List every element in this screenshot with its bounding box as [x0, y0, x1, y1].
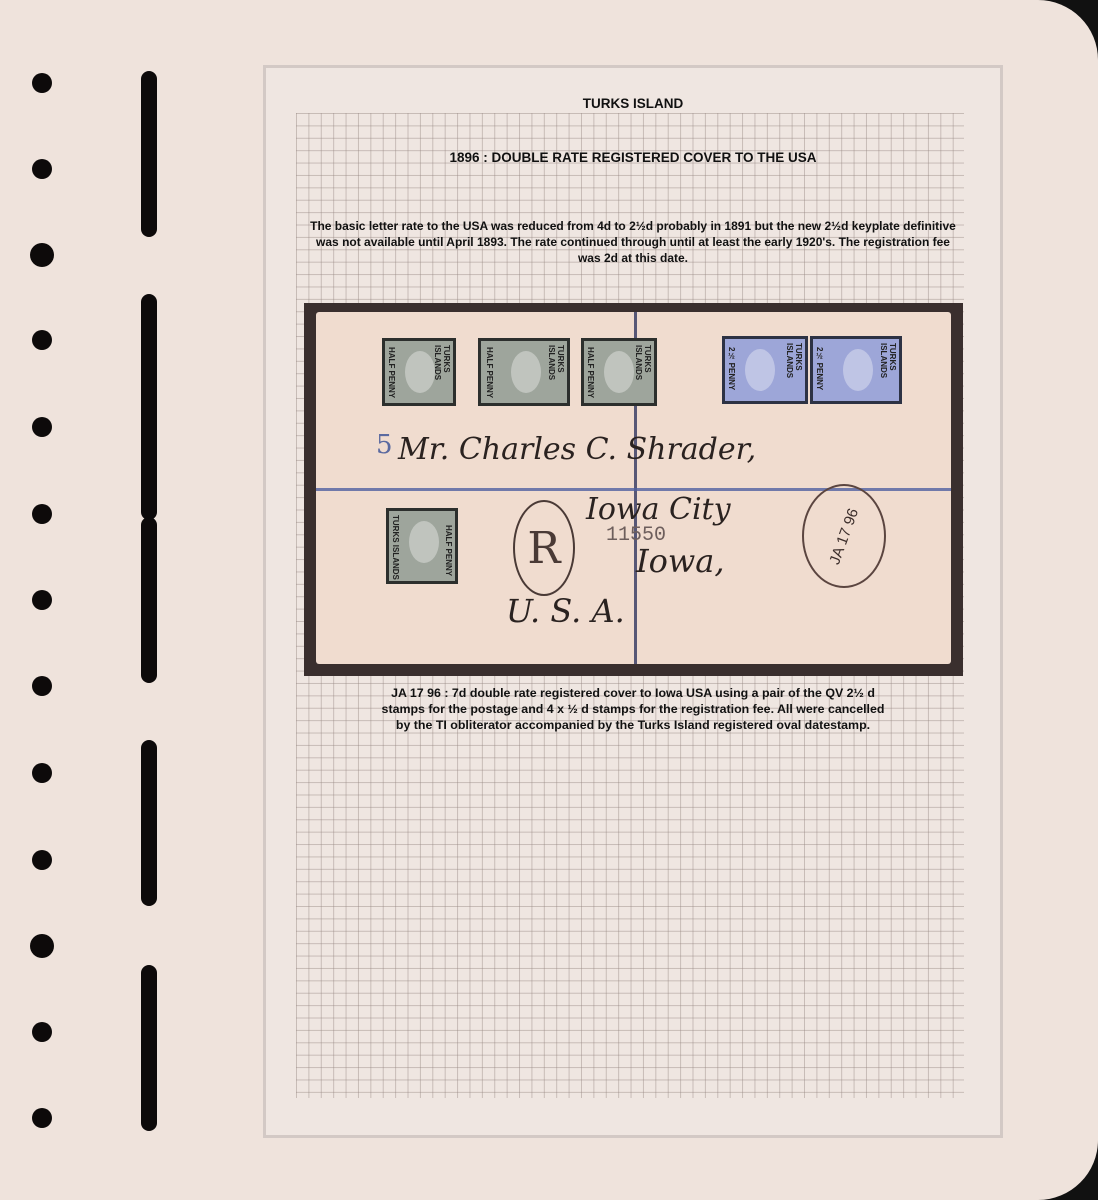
- binder-slot: [141, 71, 157, 237]
- binder-slot: [141, 740, 157, 906]
- punch-hole: [32, 1108, 52, 1128]
- address-line-3: Iowa,: [636, 542, 725, 580]
- punch-hole: [32, 763, 52, 783]
- page-title: TURKS ISLAND: [266, 96, 1000, 111]
- address-line-4: U. S. A.: [506, 592, 625, 630]
- album-page: TURKS ISLAND 1896 : DOUBLE RATE REGISTER…: [0, 0, 1098, 1200]
- punch-hole: [32, 417, 52, 437]
- intro-text: The basic letter rate to the USA was red…: [266, 218, 1000, 266]
- punch-hole: [32, 504, 52, 524]
- registration-number: 11550: [606, 524, 666, 547]
- punch-hole: [32, 330, 52, 350]
- datestamp-date: JA 17 96: [826, 506, 862, 567]
- binder-slot: [141, 965, 157, 1131]
- punch-hole: [30, 934, 54, 958]
- cover-caption: JA 17 96 : 7d double rate registered cov…: [266, 685, 1000, 733]
- binder-slot: [141, 517, 157, 683]
- registration-r-mark: R: [513, 500, 575, 596]
- manuscript-number: 5: [376, 430, 393, 460]
- punch-hole: [32, 73, 52, 93]
- punch-hole: [32, 1022, 52, 1042]
- address-line-2: Iowa City: [586, 492, 731, 527]
- punch-hole: [32, 850, 52, 870]
- punch-hole: [32, 676, 52, 696]
- punch-hole: [30, 243, 54, 267]
- stamp-half-penny: HALF PENNY TURKS ISLANDS: [382, 338, 456, 406]
- stamp-half-penny: HALF PENNY TURKS ISLANDS: [581, 338, 657, 406]
- address-line-1: Mr. Charles C. Shrader,: [398, 432, 756, 467]
- punch-hole: [32, 590, 52, 610]
- postal-cover: HALF PENNY TURKS ISLANDS HALF PENNY TURK…: [316, 312, 951, 664]
- stamp-two-half-penny: 2½ PENNY TURKS ISLANDS: [810, 336, 902, 404]
- punch-hole: [32, 159, 52, 179]
- stamp-half-penny: HALF PENNY TURKS ISLANDS: [478, 338, 570, 406]
- oval-datestamp: JA 17 96: [802, 484, 886, 588]
- cover-mount: HALF PENNY TURKS ISLANDS HALF PENNY TURK…: [304, 303, 963, 676]
- page-subtitle: 1896 : DOUBLE RATE REGISTERED COVER TO T…: [266, 150, 1000, 165]
- binder-slot: [141, 294, 157, 520]
- stamp-two-half-penny: 2½ PENNY TURKS ISLANDS: [722, 336, 808, 404]
- stamp-half-penny: TURKS ISLANDS HALF PENNY: [386, 508, 458, 584]
